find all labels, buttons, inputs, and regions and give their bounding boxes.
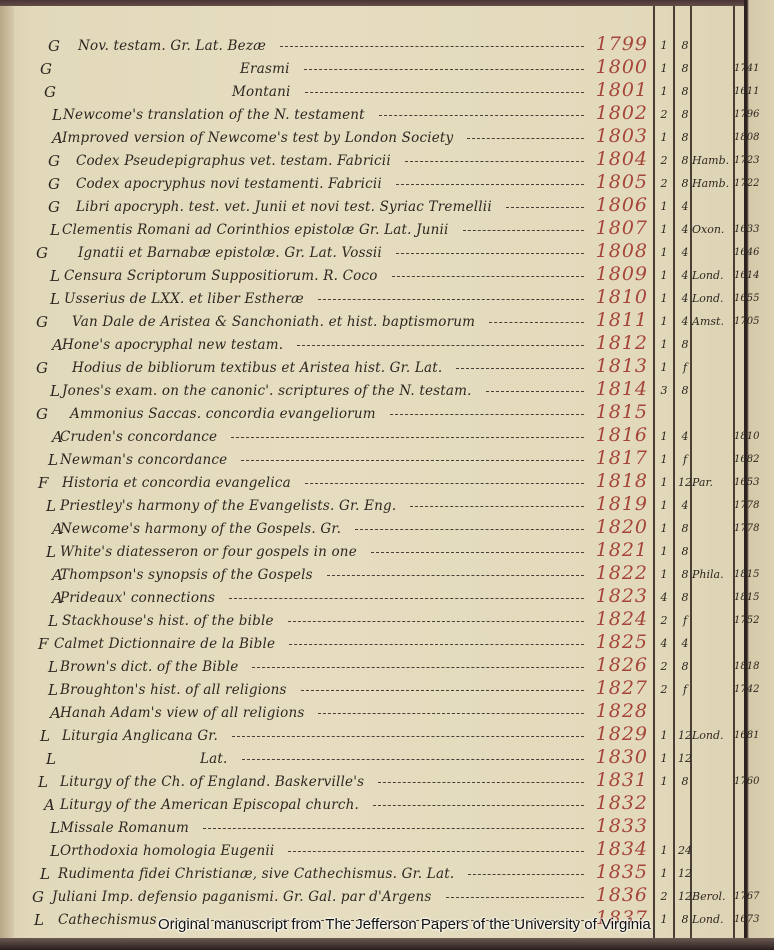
volumes-cell: 1 — [656, 219, 672, 241]
book-title: Cruden's concordance — [60, 426, 217, 448]
volumes-cell: 1 — [656, 242, 672, 264]
volumes-cell: 2 — [656, 886, 672, 908]
table-row: AImproved version of Newcome's test by L… — [0, 127, 744, 149]
shelf-mark: G — [32, 886, 44, 908]
year-cell: 1614 — [734, 265, 764, 287]
volumes-cell: 1 — [656, 748, 672, 770]
volumes-cell: 2 — [656, 104, 672, 126]
table-row: LJones's exam. on the canonic'. scriptur… — [0, 380, 744, 402]
leader-dashes — [297, 345, 584, 347]
leader-dashes — [305, 92, 584, 94]
shelf-mark: L — [48, 610, 58, 632]
table-row: LStackhouse's hist. of the bible18242f17… — [0, 610, 744, 632]
shelf-mark: L — [40, 863, 50, 885]
volumes-cell: 1 — [656, 909, 672, 931]
book-title: Montani — [232, 81, 291, 103]
book-title: Usserius de LXX. et liber Estheræ — [64, 288, 304, 310]
catalogue-number: 1829 — [584, 722, 648, 746]
shelf-mark: L — [46, 748, 56, 770]
place-cell: Lond. — [692, 265, 736, 287]
table-row: GCodex Pseudepigraphus vet. testam. Fabr… — [0, 150, 744, 172]
table-row: LPriestley's harmony of the Evangelists.… — [0, 495, 744, 517]
book-title: Priestley's harmony of the Evangelists. … — [60, 495, 396, 517]
catalogue-number: 1827 — [584, 676, 648, 700]
book-title: Hone's apocryphal new testam. — [62, 334, 283, 356]
format-cell: 4 — [676, 426, 694, 448]
shelf-mark: F — [38, 472, 48, 494]
table-row: LLiturgy of the Ch. of England. Baskervi… — [0, 771, 744, 793]
table-row: GNov. testam. Gr. Lat. Bezæ179918 — [0, 35, 744, 57]
leader-dashes — [405, 161, 584, 163]
format-cell: 8 — [676, 541, 694, 563]
book-title: Clementis Romani ad Corinthios epistolæ … — [62, 219, 449, 241]
leader-dashes — [489, 322, 584, 324]
year-cell: 1796 — [734, 104, 764, 126]
leader-dashes — [304, 69, 584, 71]
table-row: LNewcome's translation of the N. testame… — [0, 104, 744, 126]
leader-dashes — [463, 230, 584, 232]
year-cell: 1810 — [734, 426, 764, 448]
catalogue-number: 1821 — [584, 538, 648, 562]
catalogue-number: 1833 — [584, 814, 648, 838]
leader-dashes — [379, 115, 584, 117]
volumes-cell: 1 — [656, 58, 672, 80]
catalogue-number: 1831 — [584, 768, 648, 792]
table-row: GIgnatii et Barnabæ epistolæ. Gr. Lat. V… — [0, 242, 744, 264]
place-cell: Lond. — [692, 725, 736, 747]
format-cell: f — [676, 679, 694, 701]
table-row: GHodius de bibliorum textibus et Aristea… — [0, 357, 744, 379]
volumes-cell: 1 — [656, 863, 672, 885]
shelf-mark: L — [50, 380, 60, 402]
catalogue-number: 1820 — [584, 515, 648, 539]
leader-dashes — [446, 897, 584, 899]
shelf-mark: G — [36, 311, 48, 333]
year-cell: 1681 — [734, 725, 764, 747]
catalogue-number: 1806 — [584, 193, 648, 217]
shelf-mark: L — [50, 265, 60, 287]
book-title: Hanah Adam's view of all religions — [60, 702, 304, 724]
book-title: Van Dale de Aristea & Sanchoniath. et hi… — [72, 311, 475, 333]
book-title: Thompson's synopsis of the Gospels — [60, 564, 313, 586]
format-cell: 8 — [676, 587, 694, 609]
book-title: Missale Romanum — [60, 817, 189, 839]
shelf-mark: L — [50, 817, 60, 839]
catalogue-number: 1814 — [584, 377, 648, 401]
place-cell: Hamb. — [692, 173, 736, 195]
volumes-cell: 3 — [656, 380, 672, 402]
book-title: Juliani Imp. defensio paganismi. Gr. Gal… — [52, 886, 432, 908]
format-cell: 8 — [676, 58, 694, 80]
catalogue-number: 1805 — [584, 170, 648, 194]
catalogue-number: 1799 — [584, 32, 648, 56]
format-cell: 8 — [676, 334, 694, 356]
leader-dashes — [392, 276, 584, 278]
table-row: LBrown's dict. of the Bible1826281818 — [0, 656, 744, 678]
place-cell: Oxon. — [692, 219, 736, 241]
year-cell: 1818 — [734, 656, 764, 678]
volumes-cell: 1 — [656, 725, 672, 747]
volumes-cell: 1 — [656, 840, 672, 862]
year-cell: 1722 — [734, 173, 764, 195]
table-row: AHanah Adam's view of all religions1828 — [0, 702, 744, 724]
book-title: Stackhouse's hist. of the bible — [62, 610, 274, 632]
table-row: GMontani1801181611 — [0, 81, 744, 103]
volumes-cell: 1 — [656, 334, 672, 356]
shelf-mark: A — [44, 794, 55, 816]
catalogue-number: 1804 — [584, 147, 648, 171]
shelf-mark: L — [38, 771, 48, 793]
format-cell: 8 — [676, 771, 694, 793]
volumes-cell: 1 — [656, 127, 672, 149]
table-row: LNewman's concordance18171f1682 — [0, 449, 744, 471]
book-title: Lat. — [200, 748, 228, 770]
shelf-mark: G — [36, 242, 48, 264]
leader-dashes — [241, 460, 584, 462]
shelf-mark: L — [52, 104, 62, 126]
volumes-cell: 1 — [656, 426, 672, 448]
year-cell: 1646 — [734, 242, 764, 264]
format-cell: 8 — [676, 35, 694, 57]
catalogue-number: 1800 — [584, 55, 648, 79]
shelf-mark: G — [48, 173, 60, 195]
volumes-cell: 4 — [656, 633, 672, 655]
table-row: AThompson's synopsis of the Gospels18221… — [0, 564, 744, 586]
shelf-mark: L — [48, 449, 58, 471]
leader-dashes — [318, 299, 584, 301]
leader-dashes — [396, 253, 584, 255]
book-title: Cathechismus — [58, 909, 157, 931]
catalogue-number: 1834 — [584, 837, 648, 861]
catalogue-number: 1815 — [584, 400, 648, 424]
volumes-cell: 1 — [656, 265, 672, 287]
book-title: Brown's dict. of the Bible — [60, 656, 238, 678]
catalogue-number: 1832 — [584, 791, 648, 815]
shelf-mark: L — [46, 541, 56, 563]
shelf-mark: L — [40, 725, 50, 747]
leader-dashes — [390, 414, 584, 416]
shelf-mark: L — [46, 495, 56, 517]
year-cell: 1815 — [734, 587, 764, 609]
year-cell: 1633 — [734, 219, 764, 241]
book-title: Codex Pseudepigraphus vet. testam. Fabri… — [76, 150, 391, 172]
volumes-cell: 1 — [656, 35, 672, 57]
catalogue-number: 1835 — [584, 860, 648, 884]
leader-dashes — [242, 759, 584, 761]
catalogue-number: 1812 — [584, 331, 648, 355]
shelf-mark: G — [48, 196, 60, 218]
leader-dashes — [288, 851, 584, 853]
catalogue-number: 1813 — [584, 354, 648, 378]
source-caption: Original manuscript from The Jefferson P… — [158, 916, 651, 933]
leader-dashes — [289, 644, 584, 646]
table-row: GJuliani Imp. defensio paganismi. Gr. Ga… — [0, 886, 744, 908]
shelf-mark: L — [50, 840, 60, 862]
table-row: LLiturgia Anglicana Gr.1829112Lond.1681 — [0, 725, 744, 747]
catalogue-number: 1822 — [584, 561, 648, 585]
table-row: FCalmet Dictionnaire de la Bible182544 — [0, 633, 744, 655]
book-title: Broughton's hist. of all religions — [60, 679, 287, 701]
catalogue-number: 1825 — [584, 630, 648, 654]
shelf-mark: G — [48, 150, 60, 172]
book-title: Prideaux' connections — [60, 587, 215, 609]
catalogue-number: 1836 — [584, 883, 648, 907]
table-row: LCensura Scriptorum Suppositiorum. R. Co… — [0, 265, 744, 287]
format-cell: 4 — [676, 196, 694, 218]
leader-dashes — [318, 713, 584, 715]
leader-dashes — [456, 368, 584, 370]
leader-dashes — [301, 690, 584, 692]
volumes-cell: 1 — [656, 288, 672, 310]
year-cell: 1778 — [734, 518, 764, 540]
format-cell: 8 — [676, 518, 694, 540]
shelf-mark: G — [40, 58, 52, 80]
leader-dashes — [288, 621, 584, 623]
book-title: Newcome's translation of the N. testamen… — [63, 104, 365, 126]
year-cell: 1742 — [734, 679, 764, 701]
leader-dashes — [203, 828, 584, 830]
book-title: Newcome's harmony of the Gospels. Gr. — [60, 518, 341, 540]
table-row: AHone's apocryphal new testam.181218 — [0, 334, 744, 356]
catalogue-number: 1810 — [584, 285, 648, 309]
book-title: Historia et concordia evangelica — [62, 472, 291, 494]
format-cell: 24 — [676, 840, 694, 862]
catalogue-number: 1830 — [584, 745, 648, 769]
book-title: Liturgy of the Ch. of England. Baskervil… — [60, 771, 364, 793]
catalogue-number: 1808 — [584, 239, 648, 263]
year-cell: 1767 — [734, 886, 764, 908]
format-cell: 12 — [676, 863, 694, 885]
format-cell: 8 — [676, 127, 694, 149]
catalogue-number: 1816 — [584, 423, 648, 447]
shelf-mark: G — [48, 35, 60, 57]
leader-dashes — [305, 483, 584, 485]
book-title: Calmet Dictionnaire de la Bible — [54, 633, 275, 655]
place-cell: Amst. — [692, 311, 736, 333]
shelf-mark: L — [50, 288, 60, 310]
leader-dashes — [410, 506, 584, 508]
book-title: Newman's concordance — [60, 449, 227, 471]
catalogue-number: 1819 — [584, 492, 648, 516]
volumes-cell: 1 — [656, 495, 672, 517]
catalogue-number: 1823 — [584, 584, 648, 608]
year-cell: 1752 — [734, 610, 764, 632]
year-cell: 1611 — [734, 81, 764, 103]
book-title: Libri apocryph. test. vet. Junii et novi… — [76, 196, 492, 218]
place-cell: Phila. — [692, 564, 736, 586]
volumes-cell: 2 — [656, 173, 672, 195]
leader-dashes — [327, 575, 584, 577]
table-row: LClementis Romani ad Corinthios epistolæ… — [0, 219, 744, 241]
leader-dashes — [229, 598, 584, 600]
book-title: Jones's exam. on the canonic'. scripture… — [62, 380, 472, 402]
leader-dashes — [371, 552, 584, 554]
format-cell: 8 — [676, 380, 694, 402]
catalogue-number: 1818 — [584, 469, 648, 493]
format-cell: f — [676, 610, 694, 632]
book-title: Liturgia Anglicana Gr. — [62, 725, 218, 747]
book-title: Improved version of Newcome's test by Lo… — [62, 127, 453, 149]
volumes-cell: 2 — [656, 656, 672, 678]
volumes-cell: 1 — [656, 196, 672, 218]
volumes-cell: 1 — [656, 771, 672, 793]
shelf-mark: F — [38, 633, 48, 655]
book-title: Liturgy of the American Episcopal church… — [60, 794, 359, 816]
table-row: GAmmonius Saccas. concordia evangeliorum… — [0, 403, 744, 425]
catalogue-number: 1809 — [584, 262, 648, 286]
leader-dashes — [378, 782, 584, 784]
book-title: Orthodoxia homologia Eugenii — [60, 840, 274, 862]
table-row: LRudimenta fidei Christianæ, sive Cathec… — [0, 863, 744, 885]
year-cell: 1760 — [734, 771, 764, 793]
leader-dashes — [486, 391, 584, 393]
shelf-mark: L — [50, 219, 60, 241]
leader-dashes — [280, 46, 584, 48]
format-cell: 4 — [676, 633, 694, 655]
place-cell: Par. — [692, 472, 736, 494]
shelf-mark: L — [48, 679, 58, 701]
volumes-cell: 4 — [656, 587, 672, 609]
catalogue-number: 1817 — [584, 446, 648, 470]
table-row: FHistoria et concordia evangelica1818112… — [0, 472, 744, 494]
book-title: Erasmi — [240, 58, 290, 80]
catalogue-number: 1802 — [584, 101, 648, 125]
book-title: Rudimenta fidei Christianæ, sive Cathech… — [58, 863, 454, 885]
place-cell: Lond. — [692, 909, 736, 931]
catalogue-number: 1828 — [584, 699, 648, 723]
leader-dashes — [468, 874, 584, 876]
table-row: LMissale Romanum1833 — [0, 817, 744, 839]
year-cell: 1778 — [734, 495, 764, 517]
volumes-cell: 2 — [656, 150, 672, 172]
volumes-cell: 1 — [656, 518, 672, 540]
year-cell: 1673 — [734, 909, 764, 931]
volumes-cell: 1 — [656, 472, 672, 494]
leader-dashes — [506, 207, 584, 209]
leader-dashes — [252, 667, 584, 669]
table-row: LBroughton's hist. of all religions18272… — [0, 679, 744, 701]
leader-dashes — [467, 138, 584, 140]
volumes-cell: 1 — [656, 449, 672, 471]
page-bottom-edge — [0, 938, 774, 950]
year-cell: 1808 — [734, 127, 764, 149]
place-cell: Hamb. — [692, 150, 736, 172]
table-row: ACruden's concordance1816141810 — [0, 426, 744, 448]
book-title: Hodius de bibliorum textibus et Aristea … — [72, 357, 442, 379]
year-cell: 1653 — [734, 472, 764, 494]
year-cell: 1815 — [734, 564, 764, 586]
shelf-mark: G — [36, 403, 48, 425]
format-cell: 12 — [676, 748, 694, 770]
book-title: Ignatii et Barnabæ epistolæ. Gr. Lat. Vo… — [78, 242, 382, 264]
volumes-cell: 2 — [656, 679, 672, 701]
book-title: Ammonius Saccas. concordia evangeliorum — [70, 403, 376, 425]
catalogue-number: 1824 — [584, 607, 648, 631]
format-cell: 4 — [676, 242, 694, 264]
book-title: Censura Scriptorum Suppositiorum. R. Coc… — [64, 265, 378, 287]
table-row: APrideaux' connections1823481815 — [0, 587, 744, 609]
leader-dashes — [373, 805, 584, 807]
catalogue-number: 1807 — [584, 216, 648, 240]
shelf-mark: G — [44, 81, 56, 103]
year-cell: 1682 — [734, 449, 764, 471]
leader-dashes — [232, 736, 584, 738]
leader-dashes — [396, 184, 584, 186]
catalogue-number: 1801 — [584, 78, 648, 102]
format-cell: 4 — [676, 495, 694, 517]
catalogue-number: 1826 — [584, 653, 648, 677]
volumes-cell: 1 — [656, 81, 672, 103]
format-cell: f — [676, 357, 694, 379]
leader-dashes — [231, 437, 584, 439]
format-cell: 8 — [676, 656, 694, 678]
table-row: LLat.1830112 — [0, 748, 744, 770]
shelf-mark: L — [34, 909, 44, 931]
table-row: GCodex apocryphus novi testamenti. Fabri… — [0, 173, 744, 195]
place-cell: Berol. — [692, 886, 736, 908]
table-row: GErasmi1800181741 — [0, 58, 744, 80]
volumes-cell: 1 — [656, 357, 672, 379]
catalogue-number: 1811 — [584, 308, 648, 332]
year-cell: 1741 — [734, 58, 764, 80]
table-row: LWhite's diatesseron or four gospels in … — [0, 541, 744, 563]
table-row: GVan Dale de Aristea & Sanchoniath. et h… — [0, 311, 744, 333]
table-row: LUsserius de LXX. et liber Estheræ181014… — [0, 288, 744, 310]
year-cell: 1705 — [734, 311, 764, 333]
year-cell: 1655 — [734, 288, 764, 310]
table-row: ALiturgy of the American Episcopal churc… — [0, 794, 744, 816]
book-title: Nov. testam. Gr. Lat. Bezæ — [78, 35, 266, 57]
place-cell: Lond. — [692, 288, 736, 310]
book-title: White's diatesseron or four gospels in o… — [60, 541, 357, 563]
leader-dashes — [355, 529, 584, 531]
catalogue-number: 1803 — [584, 124, 648, 148]
table-row: ANewcome's harmony of the Gospels. Gr.18… — [0, 518, 744, 540]
volumes-cell: 1 — [656, 311, 672, 333]
shelf-mark: L — [48, 656, 58, 678]
volumes-cell: 2 — [656, 610, 672, 632]
format-cell: f — [676, 449, 694, 471]
table-row: GLibri apocryph. test. vet. Junii et nov… — [0, 196, 744, 218]
year-cell: 1723 — [734, 150, 764, 172]
volumes-cell: 1 — [656, 541, 672, 563]
format-cell: 8 — [676, 81, 694, 103]
book-title: Codex apocryphus novi testamenti. Fabric… — [76, 173, 382, 195]
format-cell: 8 — [676, 104, 694, 126]
shelf-mark: G — [36, 357, 48, 379]
volumes-cell: 1 — [656, 564, 672, 586]
table-row: LOrthodoxia homologia Eugenii1834124 — [0, 840, 744, 862]
